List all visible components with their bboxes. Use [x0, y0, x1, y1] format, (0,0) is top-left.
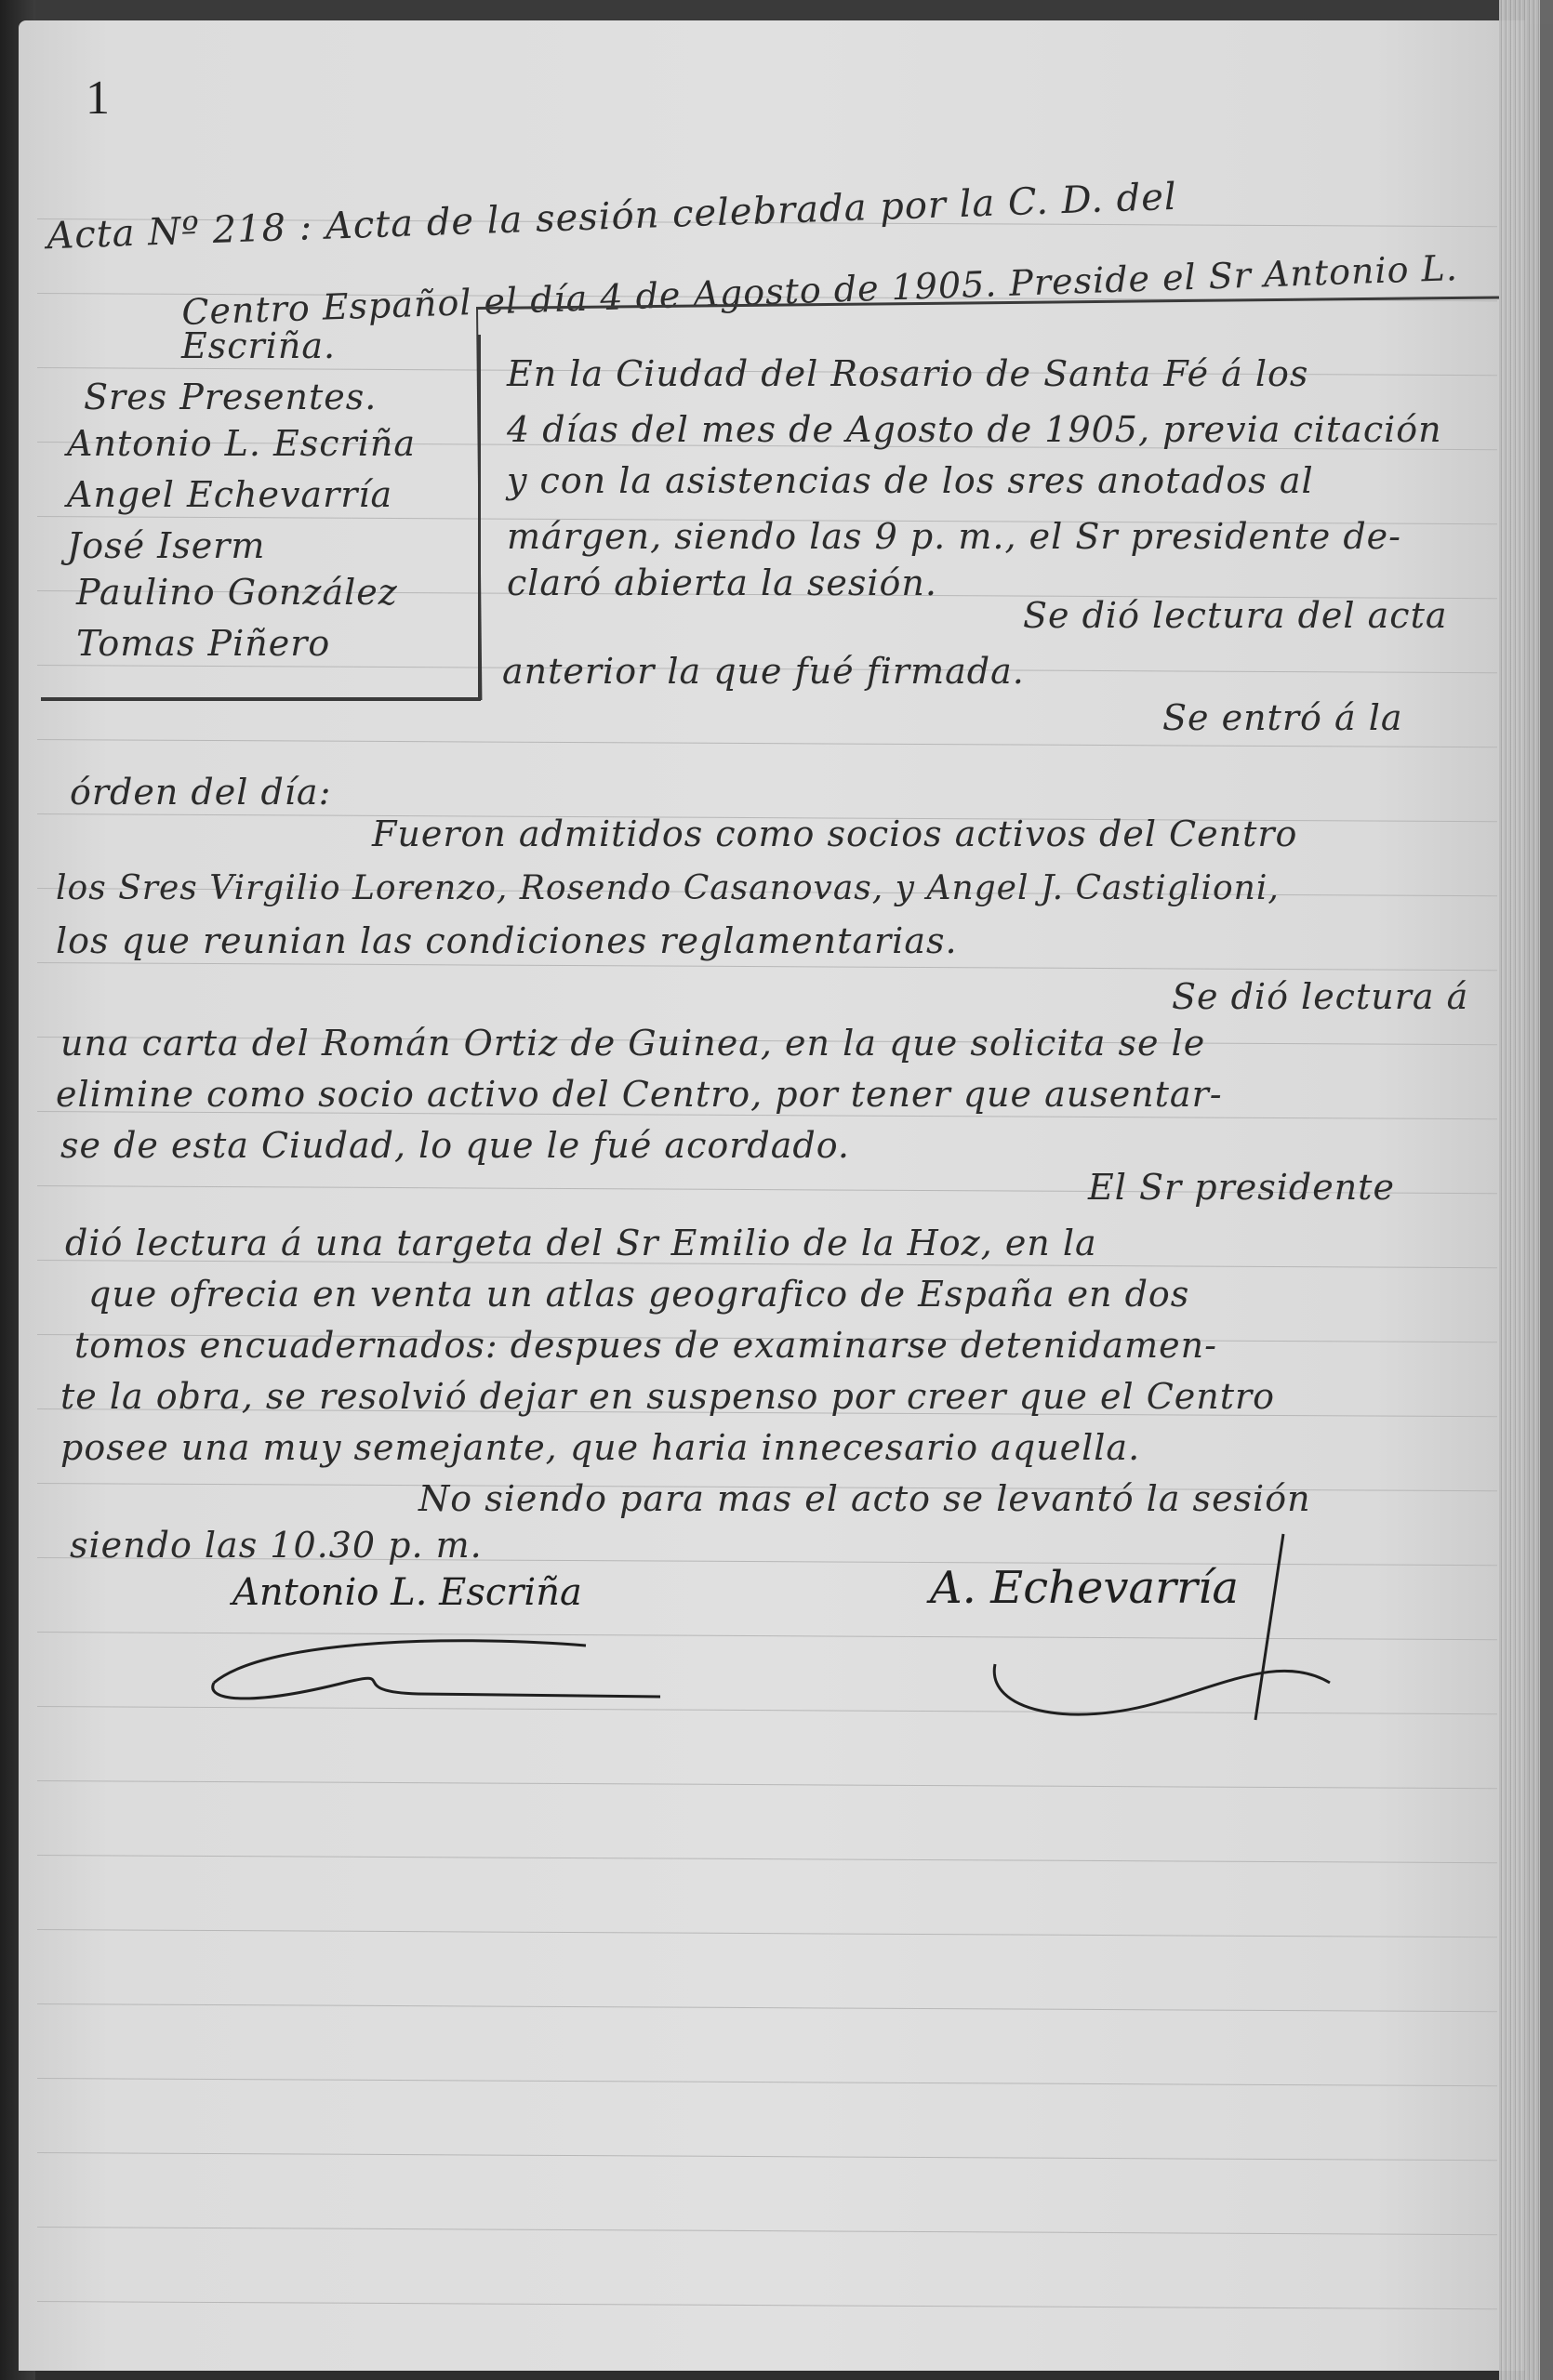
page-number: 1 [86, 71, 110, 126]
opening-line: En la Ciudad del Rosario de Santa Fé á l… [507, 353, 1308, 394]
attendees-title: Sres Presentes. [84, 377, 377, 417]
signature-flourish-right [930, 1525, 1358, 1729]
body-line: Fueron admitidos como socios activos del… [372, 813, 1297, 854]
opening-line: claró abierta la sesión. [507, 562, 937, 603]
signature-left: Antonio L. Escriña [232, 1571, 582, 1614]
body-line: elimine como socio activo del Centro, po… [56, 1074, 1223, 1115]
opening-line: y con la asistencias de los sres anotado… [507, 460, 1314, 501]
attendee-name: Paulino González [76, 572, 398, 613]
body-line: siendo las 10.30 p. m. [70, 1525, 483, 1566]
attendee-name: José Iserm [67, 525, 265, 566]
body-line: te la obra, se resolvió dejar en suspens… [60, 1376, 1275, 1417]
body-line: No siendo para mas el acto se levantó la… [418, 1478, 1311, 1519]
body-line: se de esta Ciudad, lo que le fué acordad… [60, 1125, 850, 1166]
opening-line: Se dió lectura del acta [1023, 595, 1448, 636]
opening-line: Se entró á la [1162, 697, 1403, 738]
body-line: dió lectura á una targeta del Sr Emilio … [65, 1223, 1097, 1263]
opening-line: 4 días del mes de Agosto de 1905, previa… [507, 409, 1442, 450]
body-line: tomos encuadernados: despues de examinar… [74, 1325, 1217, 1366]
body-line: órden del día: [70, 772, 331, 813]
attendee-name: Tomas Piñero [76, 623, 330, 664]
opening-line: anterior la que fué firmada. [502, 651, 1025, 692]
body-line: que ofrecia en venta un atlas geografico… [88, 1274, 1189, 1315]
body-line: los Sres Virgilio Lorenzo, Rosendo Casan… [56, 869, 1280, 907]
page-stack-edge [1499, 0, 1553, 2380]
body-line: El Sr presidente [1088, 1167, 1395, 1208]
attendee-name: Angel Echevarría [67, 474, 392, 515]
body-line: posee una muy semejante, que haria innec… [60, 1427, 1140, 1468]
signature-flourish-left [195, 1618, 679, 1720]
body-line: los que reunian las condiciones reglamen… [56, 920, 958, 961]
opening-line: márgen, siendo las 9 p. m., el Sr presid… [507, 516, 1401, 557]
attendee-name: Antonio L. Escriña [67, 423, 416, 464]
body-line: una carta del Román Ortiz de Guinea, en … [60, 1023, 1205, 1064]
body-line: Se dió lectura á [1172, 976, 1468, 1017]
